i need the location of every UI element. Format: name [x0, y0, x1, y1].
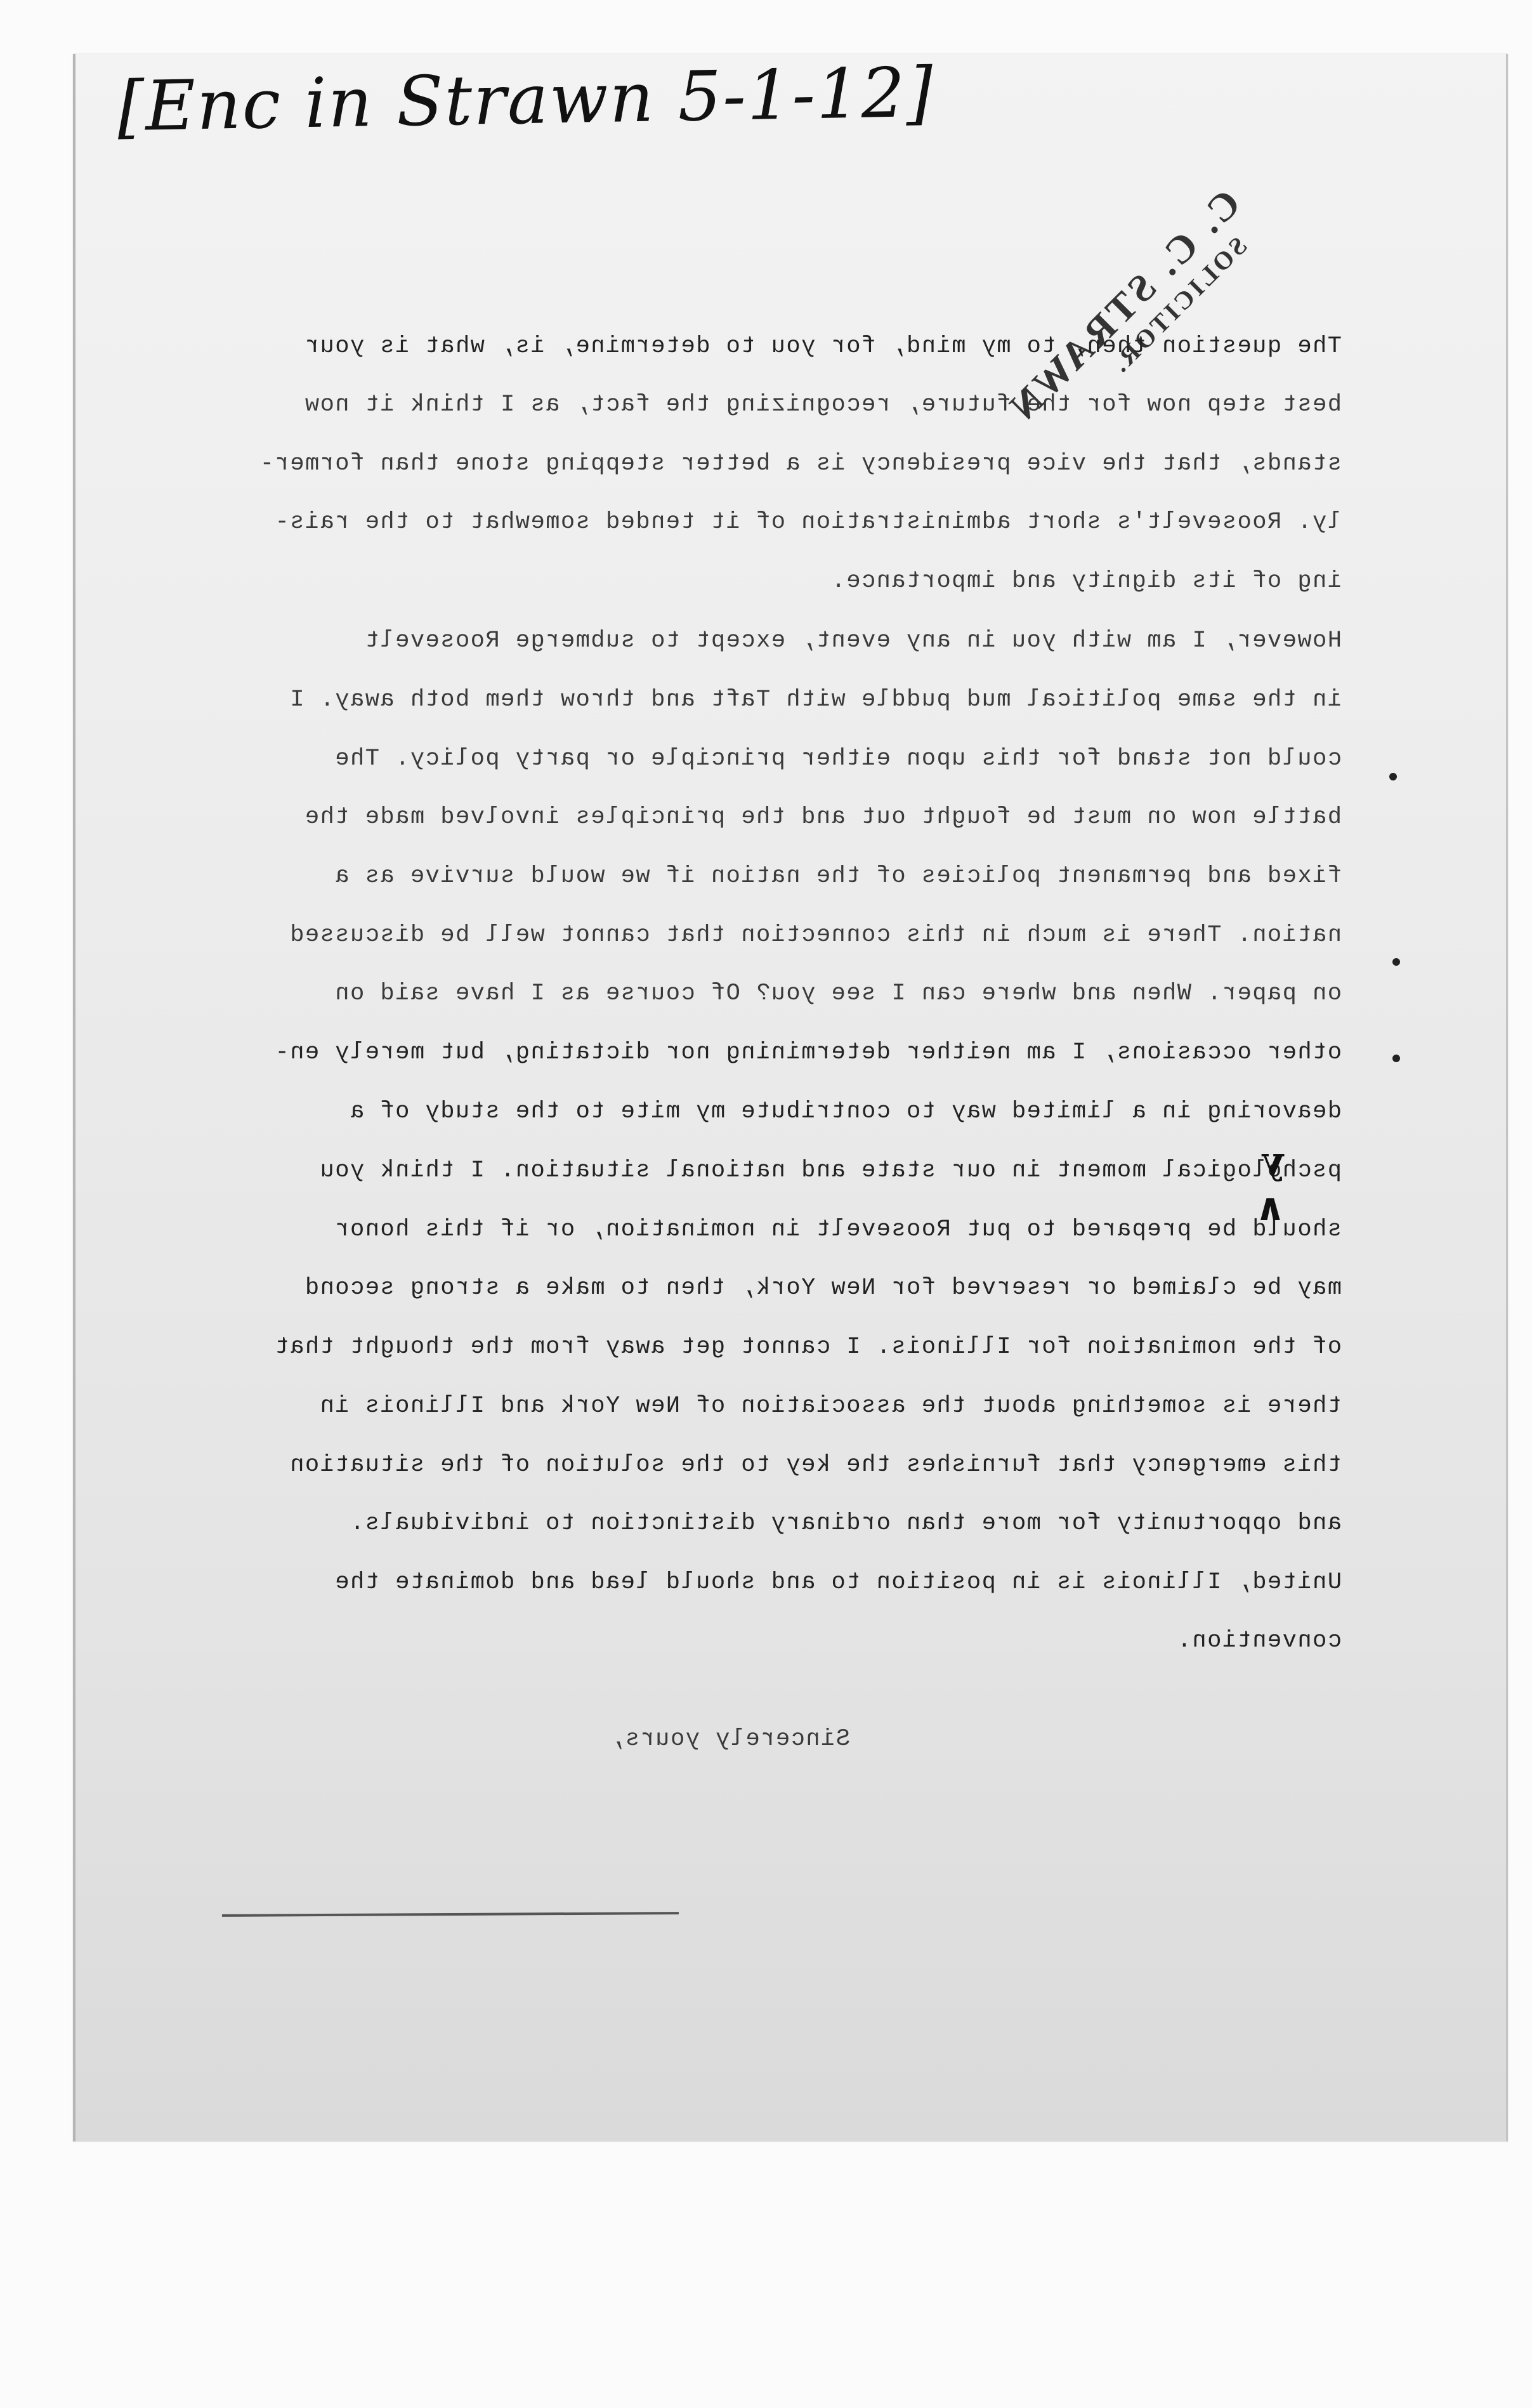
closing: Sincerely yours,: [610, 1726, 850, 1753]
letter-line: and opportunity for more than ordinary d…: [350, 1510, 1342, 1537]
letter-line: nation. There is much in this connection…: [289, 922, 1342, 949]
letter-line: However, I am with you in any event, exc…: [364, 628, 1342, 654]
letter-line: stands, that the vice presidency is a be…: [259, 451, 1342, 477]
letter-line: may be claimed or reserved for New York,…: [304, 1275, 1342, 1301]
margin-mark: [1392, 958, 1400, 966]
letter-line: other occasions, I am neither determinin…: [274, 1039, 1342, 1066]
letter-line: on paper. When and where can I see you? …: [334, 980, 1342, 1007]
letter-line: in the same political mud puddle with Ta…: [289, 687, 1342, 713]
letter-line: convention.: [1176, 1628, 1342, 1654]
letter-line: best step now for the future, recognizin…: [304, 391, 1342, 418]
letter-line: United, Illinois is in position to and s…: [334, 1569, 1342, 1596]
letter-line: could not stand for this upon either pri…: [334, 746, 1342, 772]
margin-mark: [1389, 773, 1397, 780]
letter-line: pschological moment in our state and nat…: [319, 1157, 1342, 1184]
insertion-caret-icon: ∧: [1255, 1185, 1286, 1230]
margin-mark: [1392, 1055, 1400, 1062]
letter-line: deavoring in a limited way to contribute…: [350, 1098, 1342, 1125]
handwritten-correction: y: [1262, 1139, 1284, 1182]
letter-line: ly. Roosevelt's short administration of …: [274, 509, 1342, 536]
letter-line: fixed and permanent policies of the nati…: [334, 863, 1342, 890]
letter-line: should be prepared to put Roosevelt in n…: [334, 1216, 1342, 1243]
letter-line: of the nomination for Illinois. I cannot…: [274, 1334, 1342, 1360]
letter-line: battle now on must be fought out and the…: [304, 804, 1342, 831]
letter-line: The question then, to my mind, for you t…: [304, 333, 1342, 360]
letter-line: this emergency that furnishes the key to…: [289, 1452, 1342, 1478]
letter-body: The question then, to my mind, for you t…: [190, 0, 1342, 1904]
letter-line: ing of its dignity and importance.: [830, 568, 1342, 595]
letter-line: there is something about the association…: [319, 1393, 1342, 1419]
